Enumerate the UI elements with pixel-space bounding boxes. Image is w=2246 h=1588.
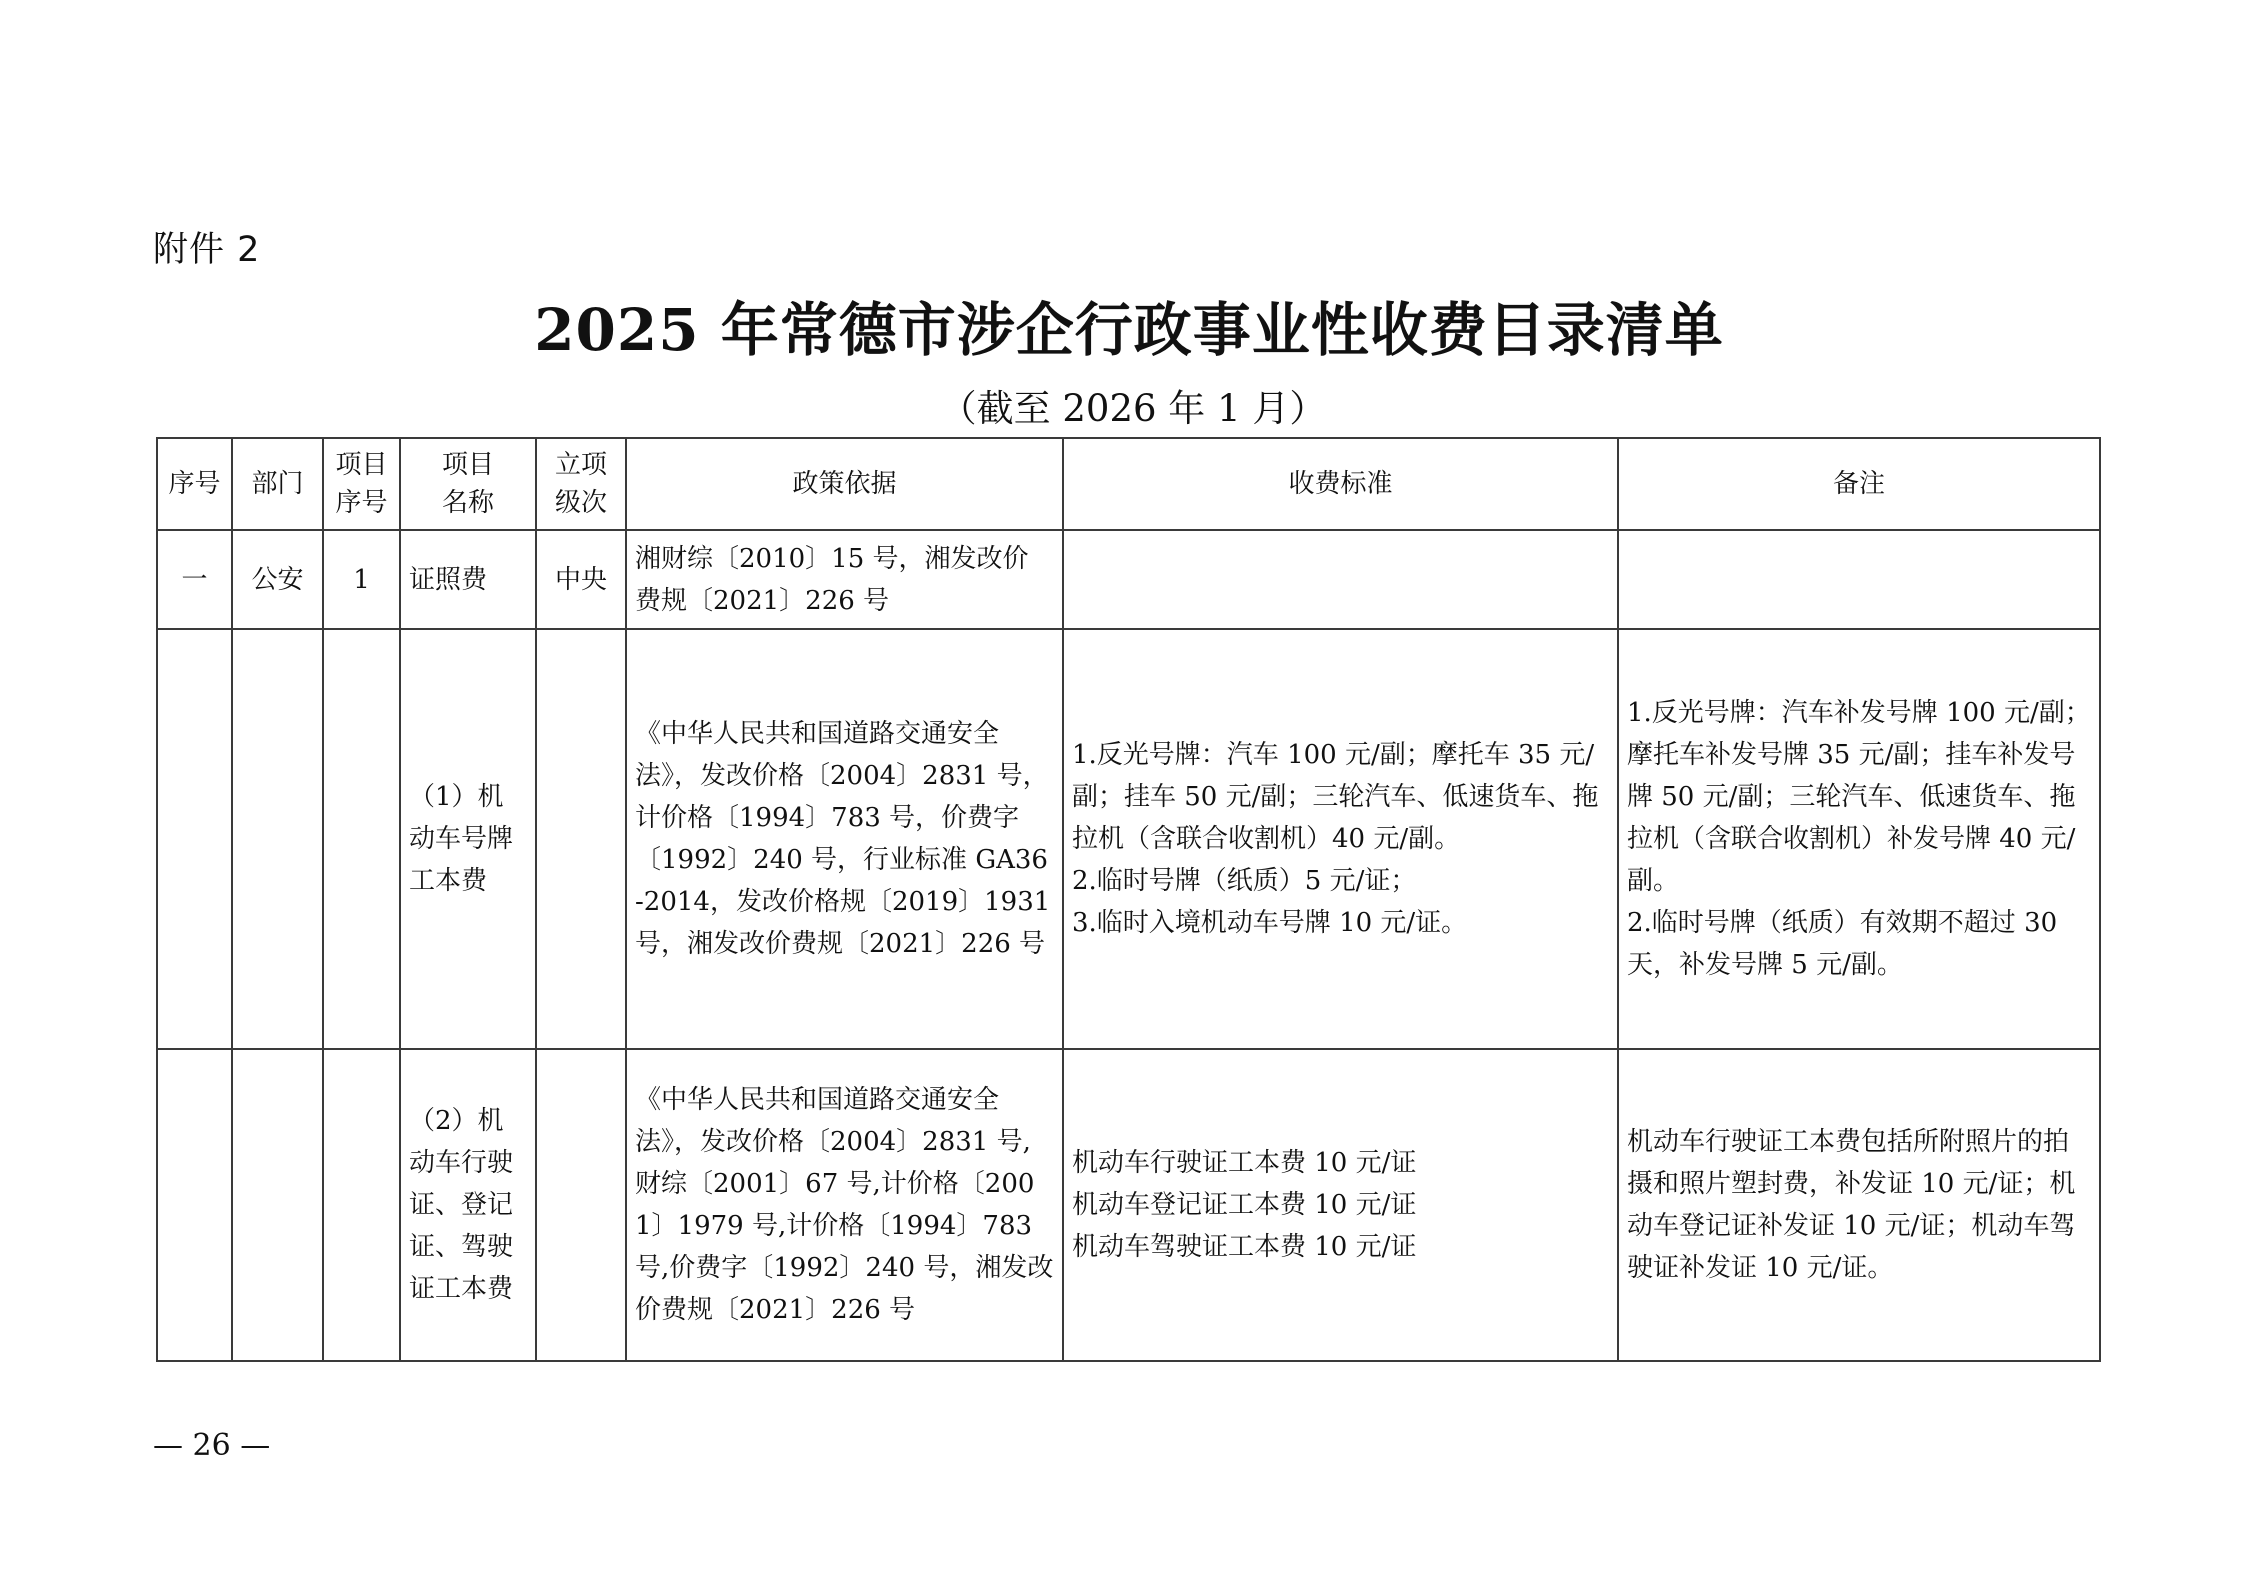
cell-item-name: 证照费 — [400, 530, 536, 629]
standard-line: 1.反光号牌：汽车 100 元/副；摩托车 35 元/副；挂车 50 元/副；三… — [1072, 734, 1609, 860]
header-item-seq: 项目序号 — [323, 438, 400, 530]
header-item-name: 项目名称 — [400, 438, 536, 530]
table-row: 一 公安 1 证照费 中央 湘财综〔2010〕15 号，湘发改价费规〔2021〕… — [157, 530, 2100, 629]
cell-dept — [232, 629, 323, 1049]
cell-level — [536, 1049, 626, 1361]
fee-catalog-table: 序号 部门 项目序号 项目名称 立项级次 政策依据 收费标准 备注 一 公安 1… — [156, 437, 2101, 1362]
header-policy: 政策依据 — [626, 438, 1063, 530]
cell-item-name: （2）机动车行驶证、登记证、驾驶证工本费 — [400, 1049, 536, 1361]
document-title: 2025 年常德市涉企行政事业性收费目录清单 — [0, 283, 2246, 367]
standard-line: 3.临时入境机动车号牌 10 元/证。 — [1072, 902, 1609, 944]
cell-dept — [232, 1049, 323, 1361]
standard-line: 机动车登记证工本费 10 元/证 — [1072, 1184, 1609, 1226]
header-dept: 部门 — [232, 438, 323, 530]
cell-seq — [157, 629, 232, 1049]
remarks-line: 2.临时号牌（纸质）有效期不超过 30 天，补发号牌 5 元/副。 — [1627, 902, 2091, 986]
standard-line: 2.临时号牌（纸质）5 元/证； — [1072, 860, 1609, 902]
cell-dept: 公安 — [232, 530, 323, 629]
cell-remarks: 机动车行驶证工本费包括所附照片的拍摄和照片塑封费，补发证 10 元/证；机动车登… — [1618, 1049, 2100, 1361]
table-row: （1）机动车号牌工本费 《中华人民共和国道路交通安全法》，发改价格〔2004〕2… — [157, 629, 2100, 1049]
standard-line: 机动车驾驶证工本费 10 元/证 — [1072, 1226, 1609, 1268]
cell-standard: 机动车行驶证工本费 10 元/证 机动车登记证工本费 10 元/证 机动车驾驶证… — [1063, 1049, 1618, 1361]
cell-item-seq — [323, 629, 400, 1049]
standard-line: 机动车行驶证工本费 10 元/证 — [1072, 1142, 1609, 1184]
cell-policy: 《中华人民共和国道路交通安全法》，发改价格〔2004〕2831 号,财综〔200… — [626, 1049, 1063, 1361]
cell-policy: 《中华人民共和国道路交通安全法》，发改价格〔2004〕2831 号，计价格〔19… — [626, 629, 1063, 1049]
cell-item-seq — [323, 1049, 400, 1361]
table-row: （2）机动车行驶证、登记证、驾驶证工本费 《中华人民共和国道路交通安全法》，发改… — [157, 1049, 2100, 1361]
cell-remarks: 1.反光号牌：汽车补发号牌 100 元/副；摩托车补发号牌 35 元/副；挂车补… — [1618, 629, 2100, 1049]
header-seq: 序号 — [157, 438, 232, 530]
cell-policy: 湘财综〔2010〕15 号，湘发改价费规〔2021〕226 号 — [626, 530, 1063, 629]
cell-standard — [1063, 530, 1618, 629]
cell-remarks — [1618, 530, 2100, 629]
header-level: 立项级次 — [536, 438, 626, 530]
cell-item-name: （1）机动车号牌工本费 — [400, 629, 536, 1049]
cell-level: 中央 — [536, 530, 626, 629]
attachment-label: 附件 2 — [153, 222, 260, 272]
remarks-line: 1.反光号牌：汽车补发号牌 100 元/副；摩托车补发号牌 35 元/副；挂车补… — [1627, 692, 2091, 902]
cell-standard: 1.反光号牌：汽车 100 元/副；摩托车 35 元/副；挂车 50 元/副；三… — [1063, 629, 1618, 1049]
cell-level — [536, 629, 626, 1049]
document-subtitle: （截至 2026 年 1 月） — [0, 378, 2246, 432]
cell-item-seq: 1 — [323, 530, 400, 629]
header-standard: 收费标准 — [1063, 438, 1618, 530]
table-header-row: 序号 部门 项目序号 项目名称 立项级次 政策依据 收费标准 备注 — [157, 438, 2100, 530]
remarks-line: 机动车行驶证工本费包括所附照片的拍摄和照片塑封费，补发证 10 元/证；机动车登… — [1627, 1121, 2091, 1289]
cell-seq: 一 — [157, 530, 232, 629]
cell-seq — [157, 1049, 232, 1361]
header-remarks: 备注 — [1618, 438, 2100, 530]
page-number: — 26 — — [153, 1428, 270, 1463]
